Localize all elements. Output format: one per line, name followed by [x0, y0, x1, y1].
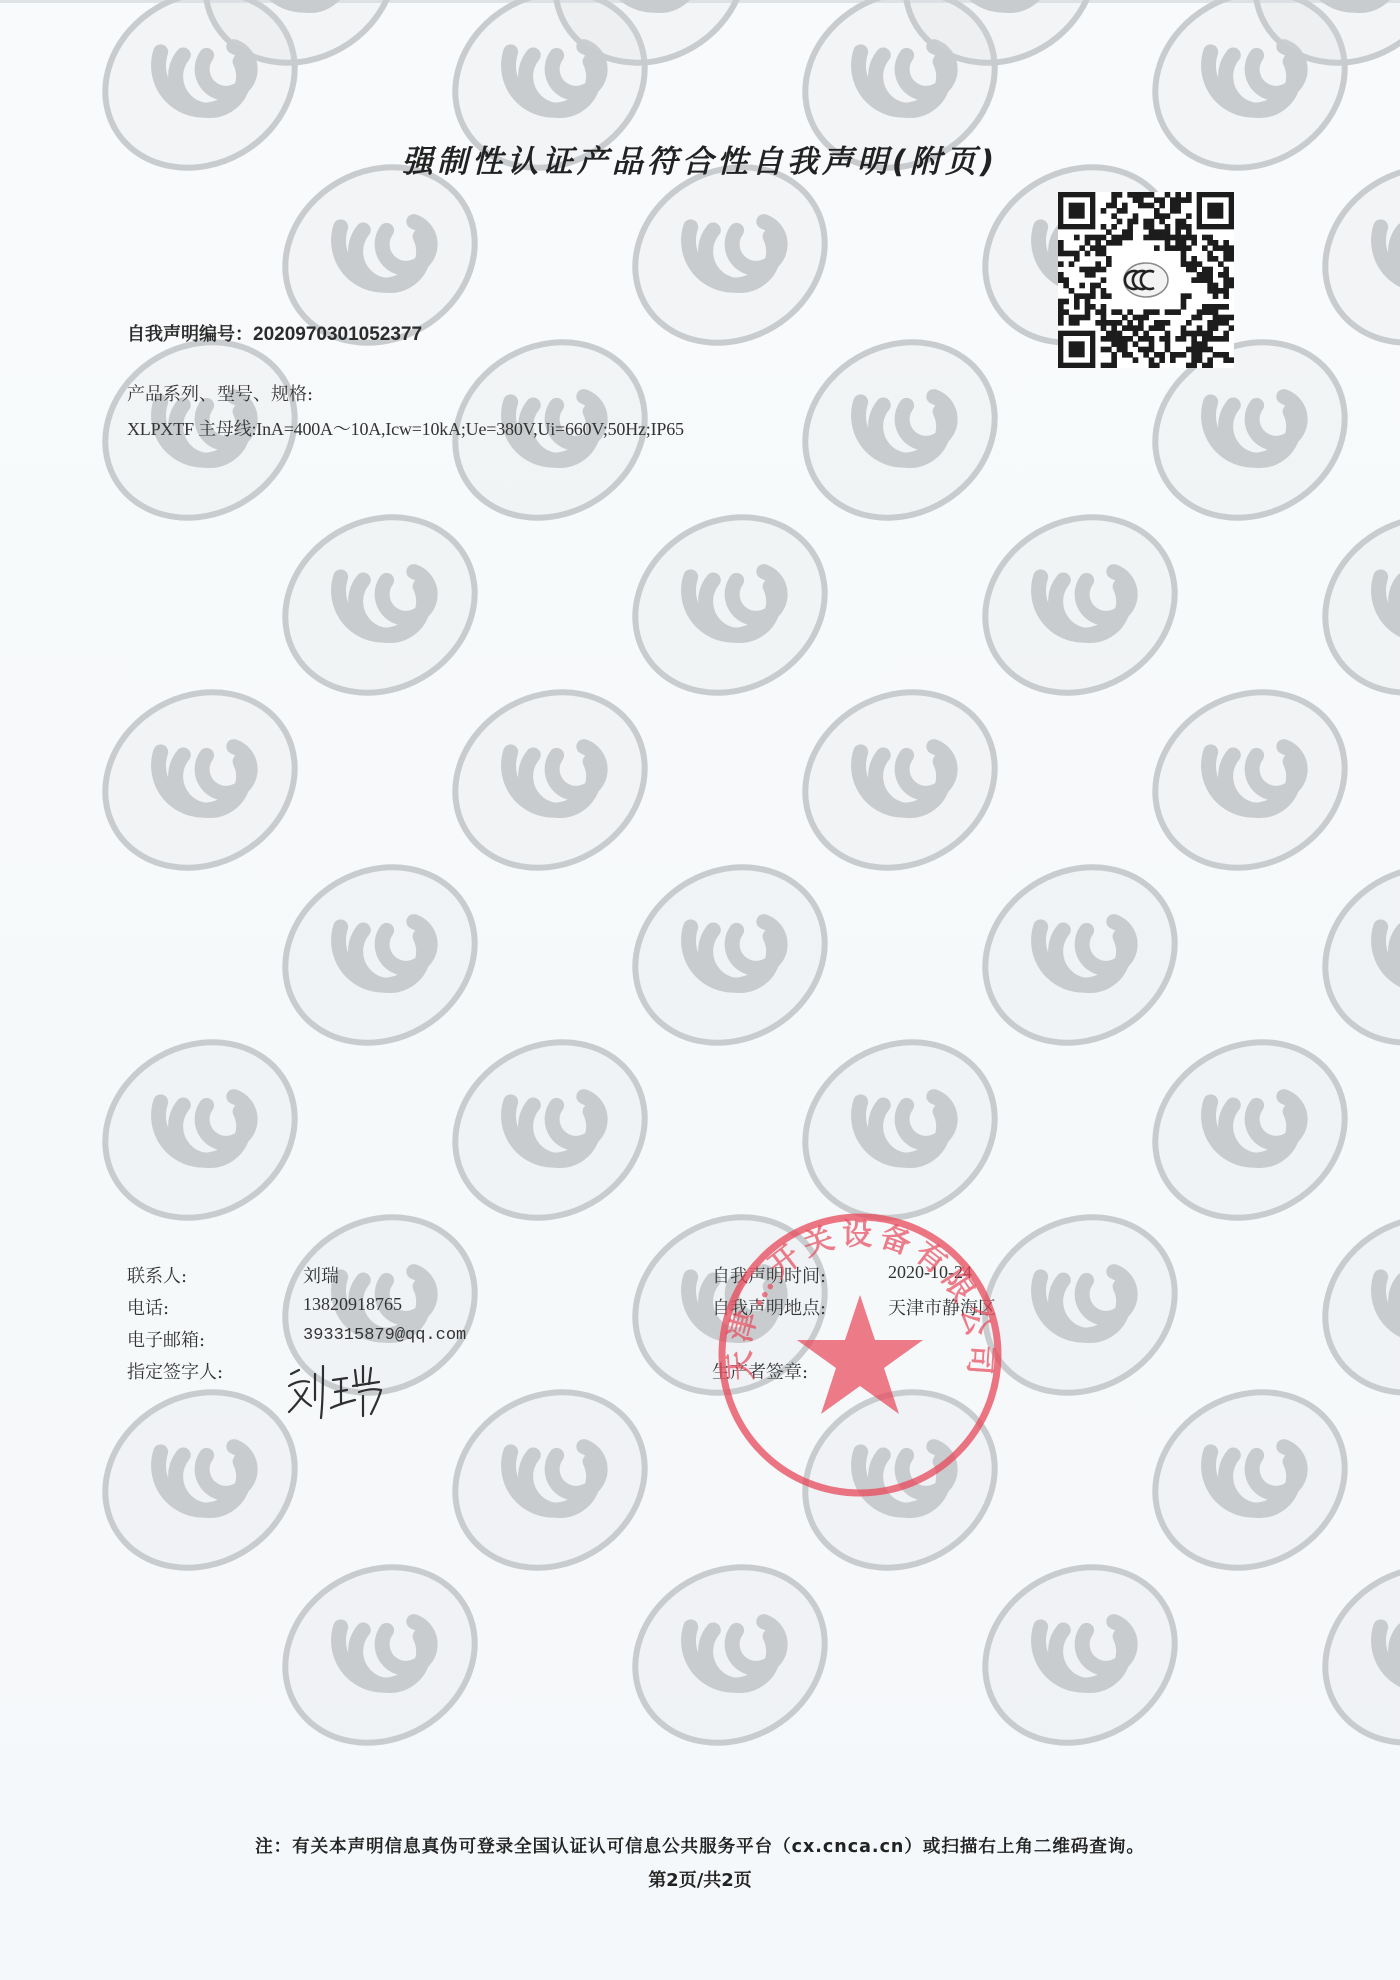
document-title: 强制性认证产品符合性自我声明(附页) [0, 136, 1400, 181]
qr-code-icon[interactable] [1058, 192, 1234, 368]
handwritten-signature [285, 1360, 405, 1420]
declaration-number: 自我声明编号：2020970301052377 [127, 320, 422, 346]
contact-person-value: 刘瑞 [303, 1262, 339, 1288]
product-spec-value: XLPXTF 主母线:InA=400A～10A,Icw=10kA;Ue=380V… [127, 415, 684, 441]
phone-label: 电话: [127, 1294, 169, 1320]
email-label: 电子邮箱: [127, 1326, 205, 1352]
company-seal-stamp: 天津…开关设备有限公司 [705, 1200, 1015, 1510]
footer-note: 注：有关本声明信息真伪可登录全国认证认可信息公共服务平台（cx.cnca.cn）… [0, 1833, 1400, 1858]
signatory-label: 指定签字人: [127, 1358, 223, 1384]
document-page: 强制性认证产品符合性自我声明(附页) 自我声明编号：20209703010523… [0, 0, 1400, 1980]
product-spec-label: 产品系列、型号、规格: [127, 380, 313, 406]
declaration-number-value: 2020970301052377 [253, 324, 422, 345]
contact-person-label: 联系人: [127, 1262, 187, 1288]
page-indicator: 第2页/共2页 [0, 1866, 1400, 1892]
phone-value: 13820918765 [303, 1294, 402, 1315]
declaration-number-label: 自我声明编号： [127, 324, 253, 345]
email-value: 393315879@qq.com [303, 1326, 466, 1345]
